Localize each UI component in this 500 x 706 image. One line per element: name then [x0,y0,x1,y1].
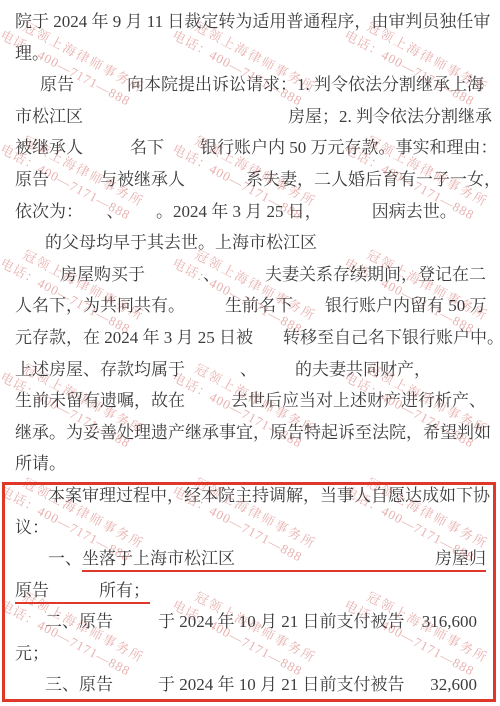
document-line-6: 原告与被继承人系夫妻，二人婚后育有一子一女， [15,164,490,196]
document-text-layer: 院于 2024 年 9 月 11 日裁定转为适用普通程序，由审判员独任审理。原告… [0,0,500,701]
text-segment: 于 2024 年 10 月 21 日前支付被告 [158,675,405,694]
text-segment: 继承。为妥善处理遗产继承事宜，原告特起诉至法院，希望判如 [15,423,491,442]
document-line-4: 市松江区房屋；2. 判令依法分割继承 [15,101,490,133]
document-line-3: 原告向本院提出诉讼请求：1. 判令依法分割继承上海 [15,69,490,101]
text-segment: 元； [15,644,49,663]
text-segment: 于 2024 年 10 月 21 日前支付被告 [158,612,405,631]
document-line-15: 所请。 [15,448,490,480]
text-segment: 所请。 [15,454,66,473]
amount-value: 316,600 [422,606,477,638]
document-line-14: 继承。为妥善处理遗产继承事宜，原告特起诉至法院，希望判如 [15,417,490,449]
document-line-8: 的父母均早于其去世。上海市松江区 [15,227,490,259]
text-segment: 、 [107,202,157,221]
text-segment: 名下 [130,138,200,157]
underlined-text-segment: 坐落于上海市松江区 [82,549,435,572]
amount-value: 32,600 [430,669,477,701]
document-line-5: 被继承人名下银行账户内 50 万元存款。事实和理由： [15,132,490,164]
text-segment: 理。 [15,44,49,63]
text-segment: 的父母均早于其去世。上海市松江区 [15,233,317,252]
text-segment: 房屋；2. 判令依法分割继承 [288,107,492,126]
text-segment: 元存款，在 2024 年 3 月 25 日被 [15,328,283,347]
text-segment: 市松江区 [15,107,288,126]
scanned-court-document-page: 冠领上海律师事务所电话：400—7171—888冠领上海律师事务所电话：400—… [0,0,500,706]
document-line-7: 依次为：、。2024 年 3 月 25 日，因病去世。 [15,196,490,228]
document-line-2: 理。 [15,38,490,70]
text-segment: 人名下，为共同共有。 [15,296,225,315]
text-segment: 原告 [15,170,100,189]
text-segment: 生前名下 [225,296,325,315]
text-segment: 。2024 年 3 月 25 日， [156,202,372,221]
text-segment: 夫妻关系存续期间，登记在二 [265,265,486,284]
document-line-9: 房屋购买于、夫妻关系存续期间，登记在二 [15,259,490,291]
underlined-text-segment: 原告 [15,581,99,604]
document-line-22: 三、原告于 2024 年 10 月 21 日前支付被告32,600 [15,669,490,701]
text-segment: 与被继承人 [100,170,246,189]
document-line-19: 原告所有； [15,575,490,607]
text-segment: 原告 [15,75,127,94]
underlined-text-segment: 房屋归 [435,549,486,572]
text-segment: 的夫妻共同财产， [295,360,431,379]
text-segment: 一、 [15,549,82,568]
text-segment: 、 [240,360,295,379]
text-segment: 、 [203,265,265,284]
text-segment: 议： [15,518,49,537]
text-segment: 银行账户内留有 50 万 [325,296,487,315]
document-line-18: 一、坐落于上海市松江区房屋归 [15,543,490,575]
text-segment: 院于 2024 年 9 月 11 日裁定转为适用普通程序，由审判员独任审 [15,12,490,31]
text-segment: 生前未留有遗嘱，故在 [15,391,231,410]
document-line-10: 人名下，为共同共有。生前名下银行账户内留有 50 万 [15,290,490,322]
text-segment: 转移至自己名下银行账户中。 [283,328,500,347]
document-line-21: 元； [15,638,490,670]
text-segment: 被继承人 [15,138,130,157]
document-line-1: 院于 2024 年 9 月 11 日裁定转为适用普通程序，由审判员独任审 [15,6,490,38]
underlined-text-segment: 所有； [99,581,150,604]
text-segment: 上述房屋、存款均属于 [15,360,240,379]
text-segment: 房屋购买于 [15,265,203,284]
text-segment: 二、原告 [15,612,158,631]
document-line-12: 上述房屋、存款均属于、的夫妻共同财产， [15,354,490,386]
document-line-16: 本案审理过程中，经本院主持调解，当事人自愿达成如下协 [15,480,490,512]
document-line-17: 议： [15,512,490,544]
document-line-20: 二、原告于 2024 年 10 月 21 日前支付被告316,600 [15,606,490,638]
text-segment: 三、原告 [15,675,158,694]
text-segment: 因病去世。 [372,202,457,221]
text-segment: 本案审理过程中，经本院主持调解，当事人自愿达成如下协 [15,486,490,505]
document-line-11: 元存款，在 2024 年 3 月 25 日被转移至自己名下银行账户中。 [15,322,490,354]
text-segment: 向本院提出诉讼请求：1. 判令依法分割继承上海 [127,75,484,94]
document-line-13: 生前未留有遗嘱，故在去世后应当对上述财产进行析产、 [15,385,490,417]
text-segment: 系夫妻，二人婚后育有一子一女， [246,170,500,189]
text-segment: 依次为： [15,202,107,221]
text-segment: 去世后应当对上述财产进行析产、 [231,391,486,410]
text-segment: 银行账户内 50 万元存款。事实和理由： [200,138,498,157]
